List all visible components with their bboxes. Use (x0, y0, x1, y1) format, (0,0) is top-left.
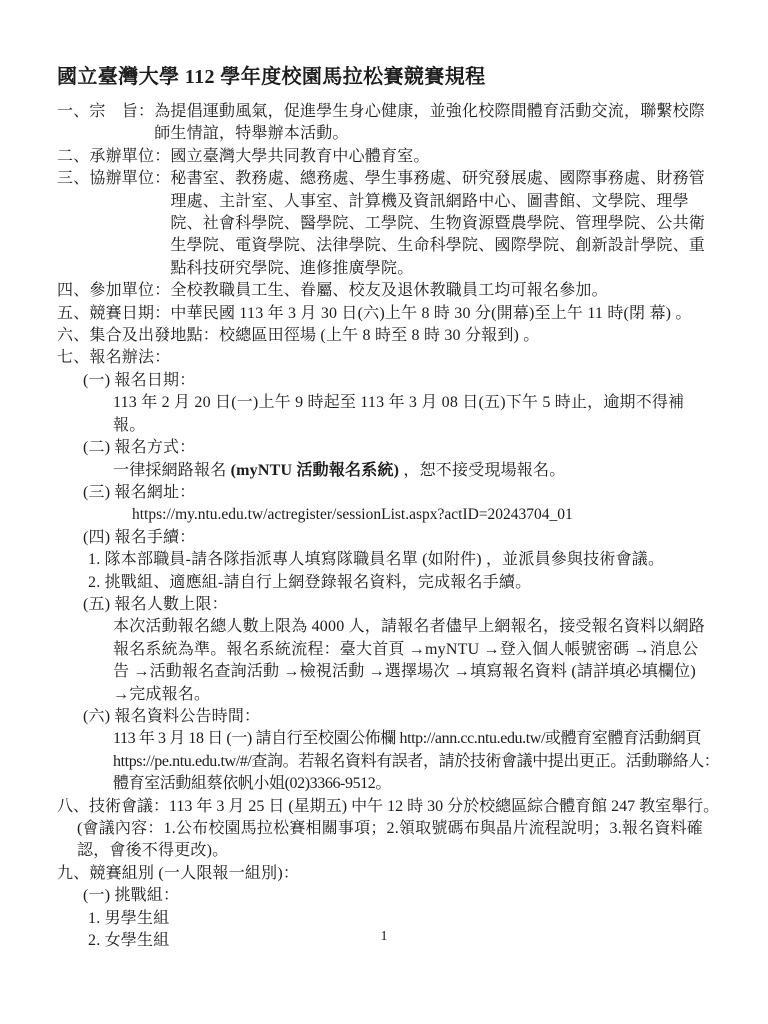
section-assembly-location: 六、集合及出發地點： 校總區田徑場 (上午 8 時至 8 時 30 分報到) 。 (57, 325, 712, 347)
section-assembly-location-label: 六、集合及出發地點： (57, 325, 219, 347)
registration-procedure-item-2: 2. 挑戰組、適應組-請自行上網登錄報名資料，完成報名手續。 (88, 572, 712, 594)
section-co-organizers-text: 秘書室、教務處、總務處、學生事務處、研究發展處、國際事務處、財務管理處、主計室、… (170, 168, 712, 280)
registration-procedure-label: (四) 報名手續： (83, 527, 712, 549)
section-purpose: 一、宗 旨： 為提倡運動風氣，促進學生身心健康，並強化校際間體育活動交流，聯繫校… (57, 101, 712, 146)
registration-limit-label: (五) 報名人數上限： (83, 594, 712, 616)
technical-meeting-note: (會議內容：1.公布校園馬拉松賽相關事項；2.領取號碼布與晶片流程說明；3.報名… (77, 818, 712, 863)
section-organizer-text: 國立臺灣大學共同教育中心體育室。 (170, 146, 712, 168)
section-participants-text: 全校教職員工生、眷屬、校友及退休教職員工均可報名參加。 (170, 280, 712, 302)
section-race-date: 五、競賽日期： 中華民國 113 年 3 月 30 日(六)上午 8 時 30 … (57, 303, 712, 325)
registration-url-label: (三) 報名網址： (83, 482, 712, 504)
section-co-organizers: 三、協辦單位： 秘書室、教務處、總務處、學生事務處、研究發展處、國際事務處、財務… (57, 168, 712, 280)
section-purpose-label: 一、宗 旨： (57, 101, 154, 146)
registration-date-text: 113 年 2 月 20 日(一)上午 9 時起至 113 年 3 月 08 日… (113, 392, 712, 437)
registration-limit-text: 本次活動報名總人數上限為 4000 人，請報名者儘早上網報名，接受報名資料以網路… (113, 616, 712, 706)
technical-meeting-line: 八、技術會議： 113 年 3 月 25 日 (星期五) 中午 12 時 30 … (57, 796, 712, 818)
section-race-date-label: 五、競賽日期： (57, 303, 170, 325)
section-participants: 四、參加單位： 全校教職員工生、眷屬、校友及退休教職員工均可報名參加。 (57, 280, 712, 302)
registration-date-label: (一) 報名日期： (83, 370, 712, 392)
doc-title: 國立臺灣大學 112 學年度校園馬拉松賽競賽規程 (57, 64, 712, 90)
page-number: 1 (0, 926, 768, 948)
technical-meeting-label: 八、技術會議： (57, 796, 169, 818)
registration-url: https://my.ntu.edu.tw/actregister/sessio… (132, 504, 712, 526)
registration-system-name: (myNTU 活動報名系統) (231, 462, 400, 479)
challenge-group-label: (一) 挑戰組： (83, 885, 712, 907)
registration-procedure-item-1: 1. 隊本部職員-請各隊指派專人填寫隊職員名單 (如附件) ，並派員參與技術會議… (88, 549, 712, 571)
section-registration: 七、報名辦法： (一) 報名日期： 113 年 2 月 20 日(一)上午 9 … (57, 347, 712, 795)
section-assembly-location-text: 校總區田徑場 (上午 8 時至 8 時 30 分報到) 。 (219, 325, 712, 347)
section-co-organizers-label: 三、協辦單位： (57, 168, 170, 280)
technical-meeting-text: 113 年 3 月 25 日 (星期五) 中午 12 時 30 分於校總區綜合體… (169, 796, 719, 818)
section-participants-label: 四、參加單位： (57, 280, 170, 302)
registration-method-label: (二) 報名方式： (83, 437, 712, 459)
registration-announcement-text: 113 年 3 月 18 日 (一) 請自行至校園公佈欄 http://ann.… (113, 728, 724, 795)
registration-announcement-label: (六) 報名資料公告時間： (83, 706, 712, 728)
section-organizer-label: 二、承辦單位： (57, 146, 170, 168)
section-technical-meeting: 八、技術會議： 113 年 3 月 25 日 (星期五) 中午 12 時 30 … (57, 796, 712, 863)
race-groups-heading: 九、競賽組別 (一人限報一組別)： (57, 863, 712, 885)
section-organizer: 二、承辦單位： 國立臺灣大學共同教育中心體育室。 (57, 146, 712, 168)
registration-method-suffix: ，恕不接受現場報名。 (399, 462, 565, 479)
registration-method-prefix: 一律採網路報名 (113, 462, 231, 479)
section-registration-heading: 七、報名辦法： (57, 347, 712, 369)
document-page: 國立臺灣大學 112 學年度校園馬拉松賽競賽規程 一、宗 旨： 為提倡運動風氣，… (0, 0, 768, 1024)
section-purpose-text: 為提倡運動風氣，促進學生身心健康，並強化校際間體育活動交流，聯繫校際師生情誼，特… (154, 101, 712, 146)
section-race-date-text: 中華民國 113 年 3 月 30 日(六)上午 8 時 30 分(開幕)至上午… (170, 303, 712, 325)
registration-method-text: 一律採網路報名 (myNTU 活動報名系統) ，恕不接受現場報名。 (113, 460, 712, 482)
